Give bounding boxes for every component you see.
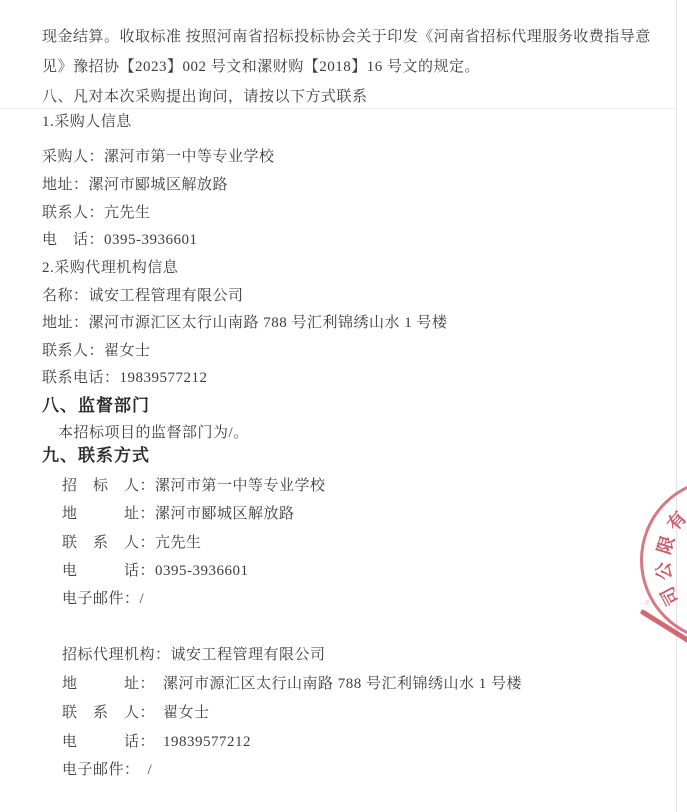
tenderee-email: 电子邮件：/ (62, 585, 144, 613)
line-fee-standard-1: 现金结算。收取标准 按照河南省招标投标协会关于印发《河南省招标代理服务收费指导意 (42, 23, 651, 51)
page-edge-line (676, 0, 677, 812)
purchaser-contact: 联系人：亢先生 (42, 199, 151, 227)
purchaser-info-title: 1.采购人信息 (42, 108, 132, 136)
tenderee-name: 招 标 人：漯河市第一中等专业学校 (62, 472, 326, 500)
purchaser-address: 地址：漯河市郾城区解放路 (42, 171, 228, 199)
line-section8-inquiry: 八、凡对本次采购提出询问，请按以下方式联系 (42, 83, 368, 111)
heading-supervision: 八、监督部门 (42, 391, 150, 421)
agency-phone: 联系电话：19839577212 (42, 364, 208, 392)
tender-agency-address: 地 址： 漯河市源汇区太行山南路 788 号汇利锦绣山水 1 号楼 (62, 670, 522, 698)
tenderee-phone: 电 话：0395-3936601 (62, 557, 249, 585)
tenderee-address: 地 址：漯河市郾城区解放路 (62, 500, 295, 528)
agency-contact: 联系人：翟女士 (42, 337, 151, 365)
tender-agency-phone: 电 话： 19839577212 (62, 728, 251, 756)
document-page: 现金结算。收取标准 按照河南省招标投标协会关于印发《河南省招标代理服务收费指导意… (0, 0, 687, 812)
seal-small-mark: 〃 (644, 597, 653, 606)
seal-char-gong: 公 (654, 561, 674, 581)
line-fee-standard-2: 见》豫招协【2023】002 号文和漯财购【2018】16 号文的规定。 (42, 53, 480, 81)
tenderee-contact: 联 系 人：亢先生 (62, 529, 202, 557)
tender-agency-name: 招标代理机构：诚安工程管理有限公司 (62, 641, 326, 669)
tender-agency-email: 电子邮件： / (62, 756, 152, 784)
agency-name: 名称：诚安工程管理有限公司 (42, 282, 244, 310)
purchaser-phone: 电 话：0395-3936601 (42, 226, 198, 254)
tender-agency-contact: 联 系 人： 翟女士 (62, 699, 210, 727)
heading-contact: 九、联系方式 (42, 441, 150, 471)
purchaser-name: 采购人：漯河市第一中等专业学校 (42, 143, 275, 171)
agency-address: 地址：漯河市源汇区太行山南路 788 号汇利锦绣山水 1 号楼 (42, 309, 448, 337)
agency-info-title: 2.采购代理机构信息 (42, 254, 178, 282)
